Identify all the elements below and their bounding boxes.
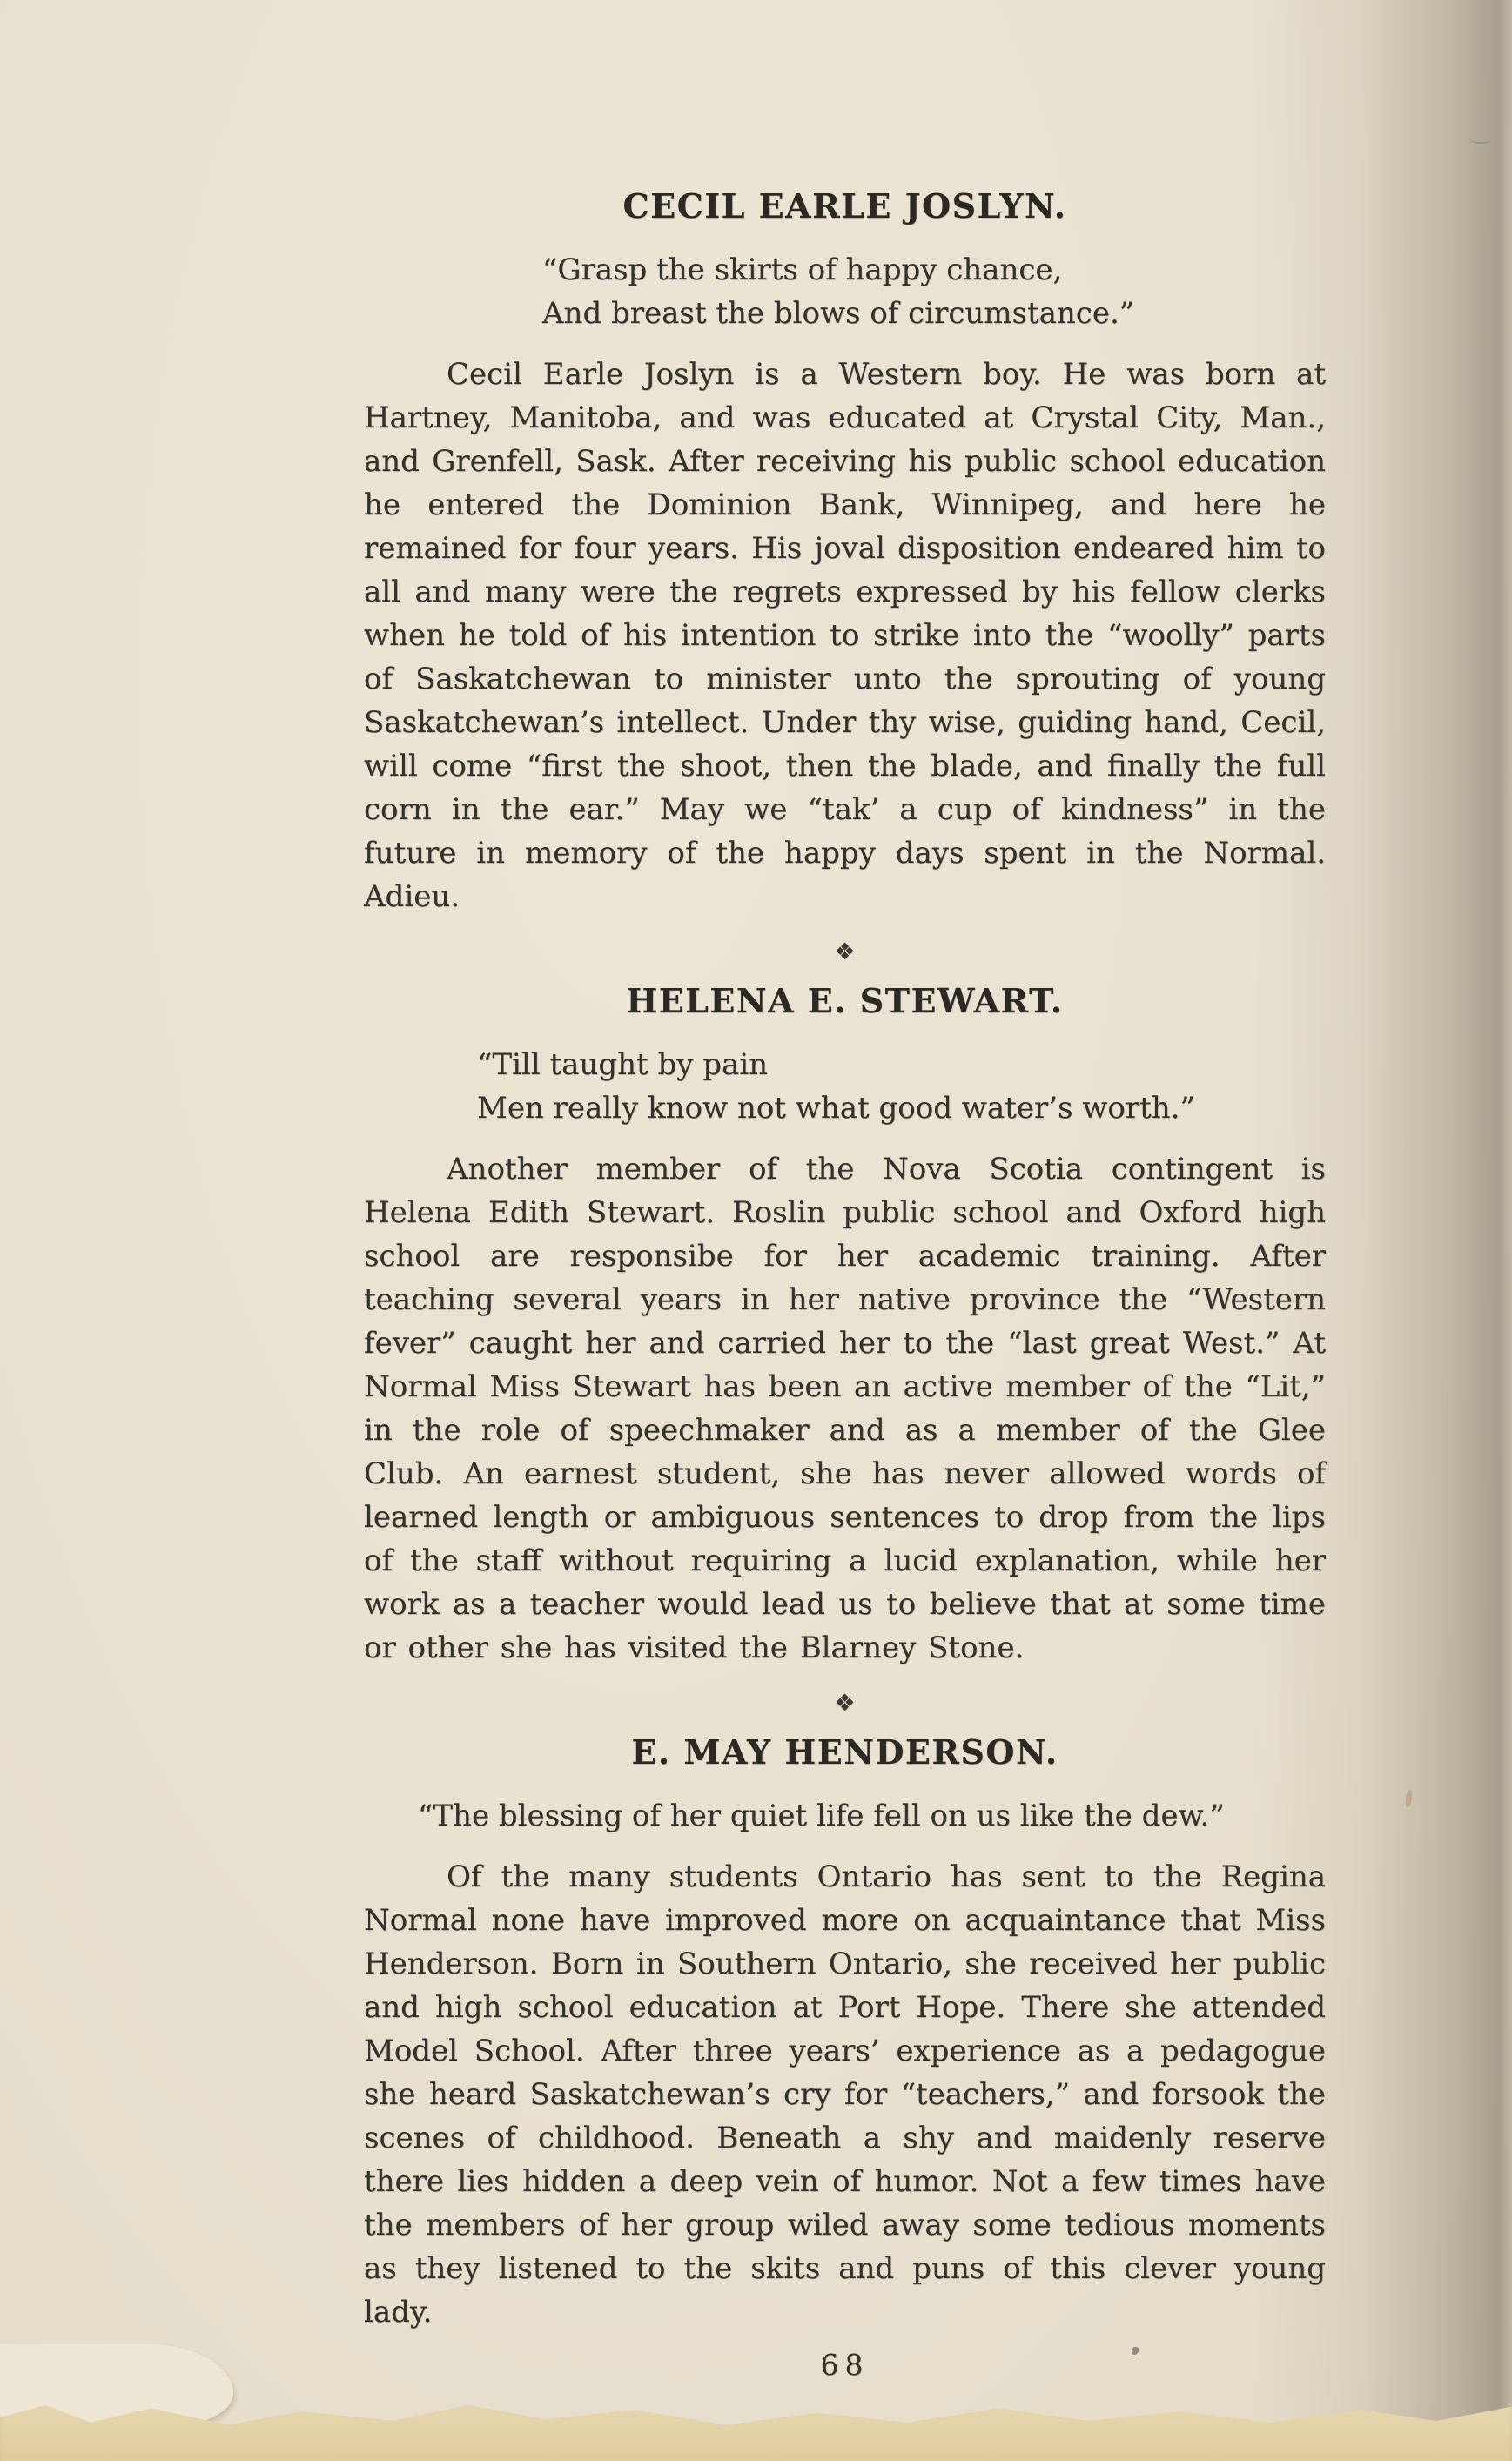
section-title: CECIL EARLE JOSLYN. [364,186,1326,225]
section-epigraph: “The blessing of her quiet life fell on … [418,1794,1326,1838]
section-title: E. MAY HENDERSON. [364,1732,1326,1772]
epigraph-line: “The blessing of her quiet life fell on … [418,1794,1326,1838]
epigraph-line: “Grasp the skirts of happy chance, [542,248,1326,292]
epigraph-line: And breast the blows of circumstance.” [542,292,1326,335]
book-page: CECIL EARLE JOSLYN. “Grasp the skirts of… [0,0,1512,2461]
bio-paragraph: Another member of the Nova Scotia contin… [364,1147,1326,1670]
bio-paragraph: Of the many students Ontario has sent to… [364,1855,1326,2334]
bio-section-stewart: HELENA E. STEWART. “Till taught by pain … [364,981,1326,1670]
paper-fiber [1469,134,1492,144]
bio-section-henderson: E. MAY HENDERSON. “The blessing of her q… [364,1732,1326,2334]
page-content: CECIL EARLE JOSLYN. “Grasp the skirts of… [364,0,1326,2382]
section-divider-fleuron-icon: ❖ [364,1691,1326,1717]
section-title: HELENA E. STEWART. [364,981,1326,1020]
section-epigraph: “Grasp the skirts of happy chance, And b… [542,248,1326,335]
page-number: 68 [364,2348,1326,2382]
epigraph-line: Men really know not what good water’s wo… [477,1086,1326,1130]
bio-section-joslyn: CECIL EARLE JOSLYN. “Grasp the skirts of… [364,186,1326,918]
bio-paragraph: Cecil Earle Joslyn is a Western boy. He … [364,353,1326,918]
section-epigraph: “Till taught by pain Men really know not… [477,1043,1326,1130]
epigraph-line: “Till taught by pain [477,1043,1326,1086]
paper-speck [1405,1790,1414,1808]
section-divider-fleuron-icon: ❖ [364,939,1326,965]
